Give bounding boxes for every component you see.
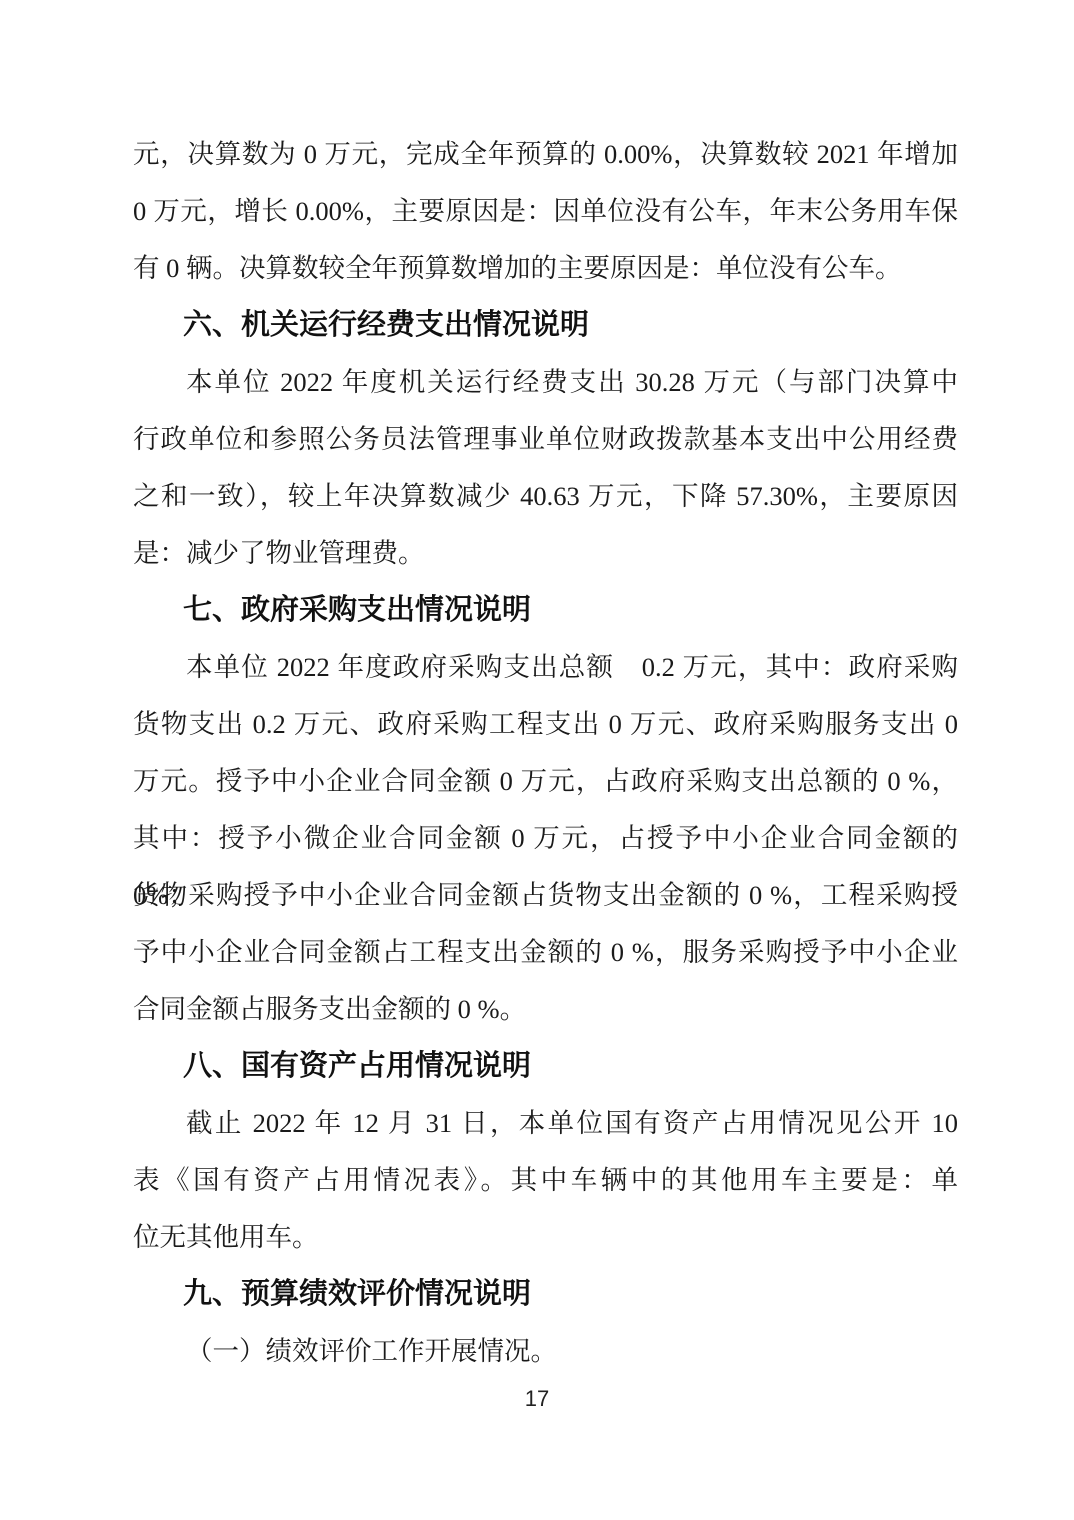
body-line: 是：减少了物业管理费。 xyxy=(133,525,958,582)
body-line: 之和一致），较上年决算数减少 40.63 万元，下降 57.30%，主要原因 xyxy=(133,468,958,525)
section-heading-government-procurement: 七、政府采购支出情况说明 xyxy=(133,582,958,639)
body-line: 货物支出 0.2 万元、政府采购工程支出 0 万元、政府采购服务支出 0 xyxy=(133,696,958,753)
page-number: 17 xyxy=(0,1386,1074,1412)
body-line: 有 0 辆。决算数较全年预算数增加的主要原因是：单位没有公车。 xyxy=(133,240,958,297)
body-line: 合同金额占服务支出金额的 0 %。 xyxy=(133,981,958,1038)
document-page: 元，决算数为 0 万元，完成全年预算的 0.00%，决算数较 2021 年增加 … xyxy=(0,0,1074,1520)
body-line: 行政单位和参照公务员法管理事业单位财政拨款基本支出中公用经费 xyxy=(133,411,958,468)
body-line: 货物采购授予中小企业合同金额占货物支出金额的 0 %，工程采购授 xyxy=(133,867,958,924)
body-line: （一）绩效评价工作开展情况。 xyxy=(133,1323,958,1380)
body-line: 其中：授予小微企业合同金额 0 万元，占授予中小企业合同金额的 0%； xyxy=(133,810,958,867)
document-content: 元，决算数为 0 万元，完成全年预算的 0.00%，决算数较 2021 年增加 … xyxy=(133,126,958,1380)
section-heading-state-assets: 八、国有资产占用情况说明 xyxy=(133,1038,958,1095)
body-line: 0 万元，增长 0.00%，主要原因是：因单位没有公车，年末公务用车保 xyxy=(133,183,958,240)
section-heading-performance-evaluation: 九、预算绩效评价情况说明 xyxy=(133,1266,958,1323)
body-line: 表《国有资产占用情况表》。其中车辆中的其他用车主要是：单 xyxy=(133,1152,958,1209)
body-line: 本单位 2022 年度政府采购支出总额 0.2 万元，其中：政府采购 xyxy=(133,639,958,696)
body-line: 元，决算数为 0 万元，完成全年预算的 0.00%，决算数较 2021 年增加 xyxy=(133,126,958,183)
body-line: 位无其他用车。 xyxy=(133,1209,958,1266)
body-line: 予中小企业合同金额占工程支出金额的 0 %，服务采购授予中小企业 xyxy=(133,924,958,981)
section-heading-operating-expenses: 六、机关运行经费支出情况说明 xyxy=(133,297,958,354)
body-line: 本单位 2022 年度机关运行经费支出 30.28 万元（与部门决算中 xyxy=(133,354,958,411)
body-line: 截止 2022 年 12 月 31 日，本单位国有资产占用情况见公开 10 xyxy=(133,1095,958,1152)
body-line: 万元。授予中小企业合同金额 0 万元，占政府采购支出总额的 0 %， xyxy=(133,753,958,810)
